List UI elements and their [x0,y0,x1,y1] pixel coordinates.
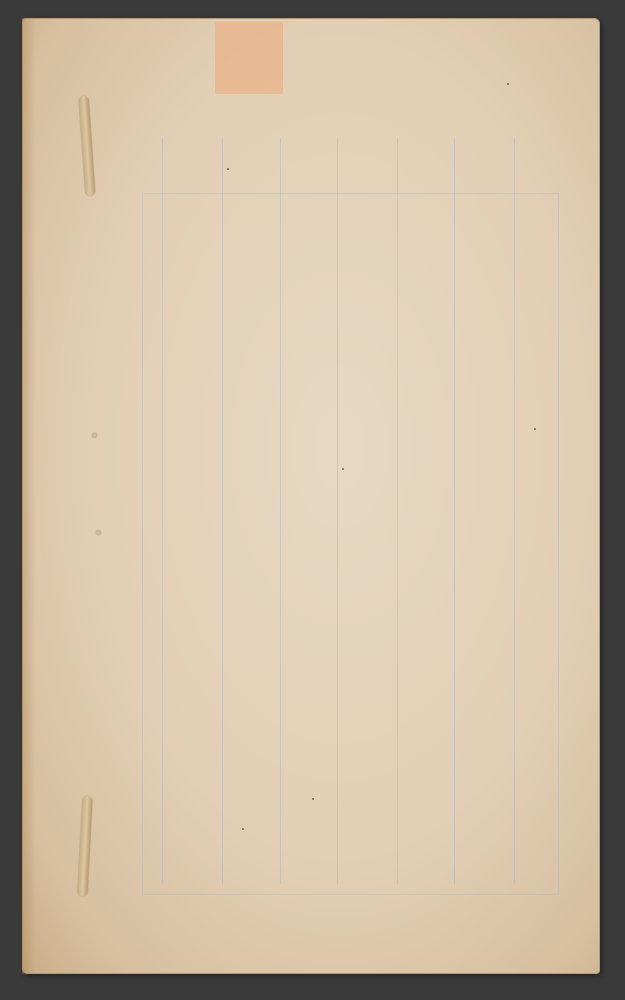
paper-speck [534,428,536,430]
ruling-line [514,138,515,884]
paper-speck [242,828,244,830]
paper-speck [312,798,314,800]
ruling-line [162,138,163,884]
ruling-line [454,138,455,884]
ruling-line [337,138,338,884]
ruling-line [222,138,223,884]
paper-speck [342,468,344,470]
ruled-frame [142,193,559,895]
binding-string-bottom [77,796,92,896]
binding-string-top [79,96,96,196]
seal-stamp [215,22,283,94]
paper-page [22,18,600,974]
binding-hole [96,530,101,535]
ruling-line [280,138,281,884]
binding-hole [92,433,97,438]
paper-speck [227,168,229,170]
paper-speck [507,83,509,85]
ruling-line [397,138,398,884]
